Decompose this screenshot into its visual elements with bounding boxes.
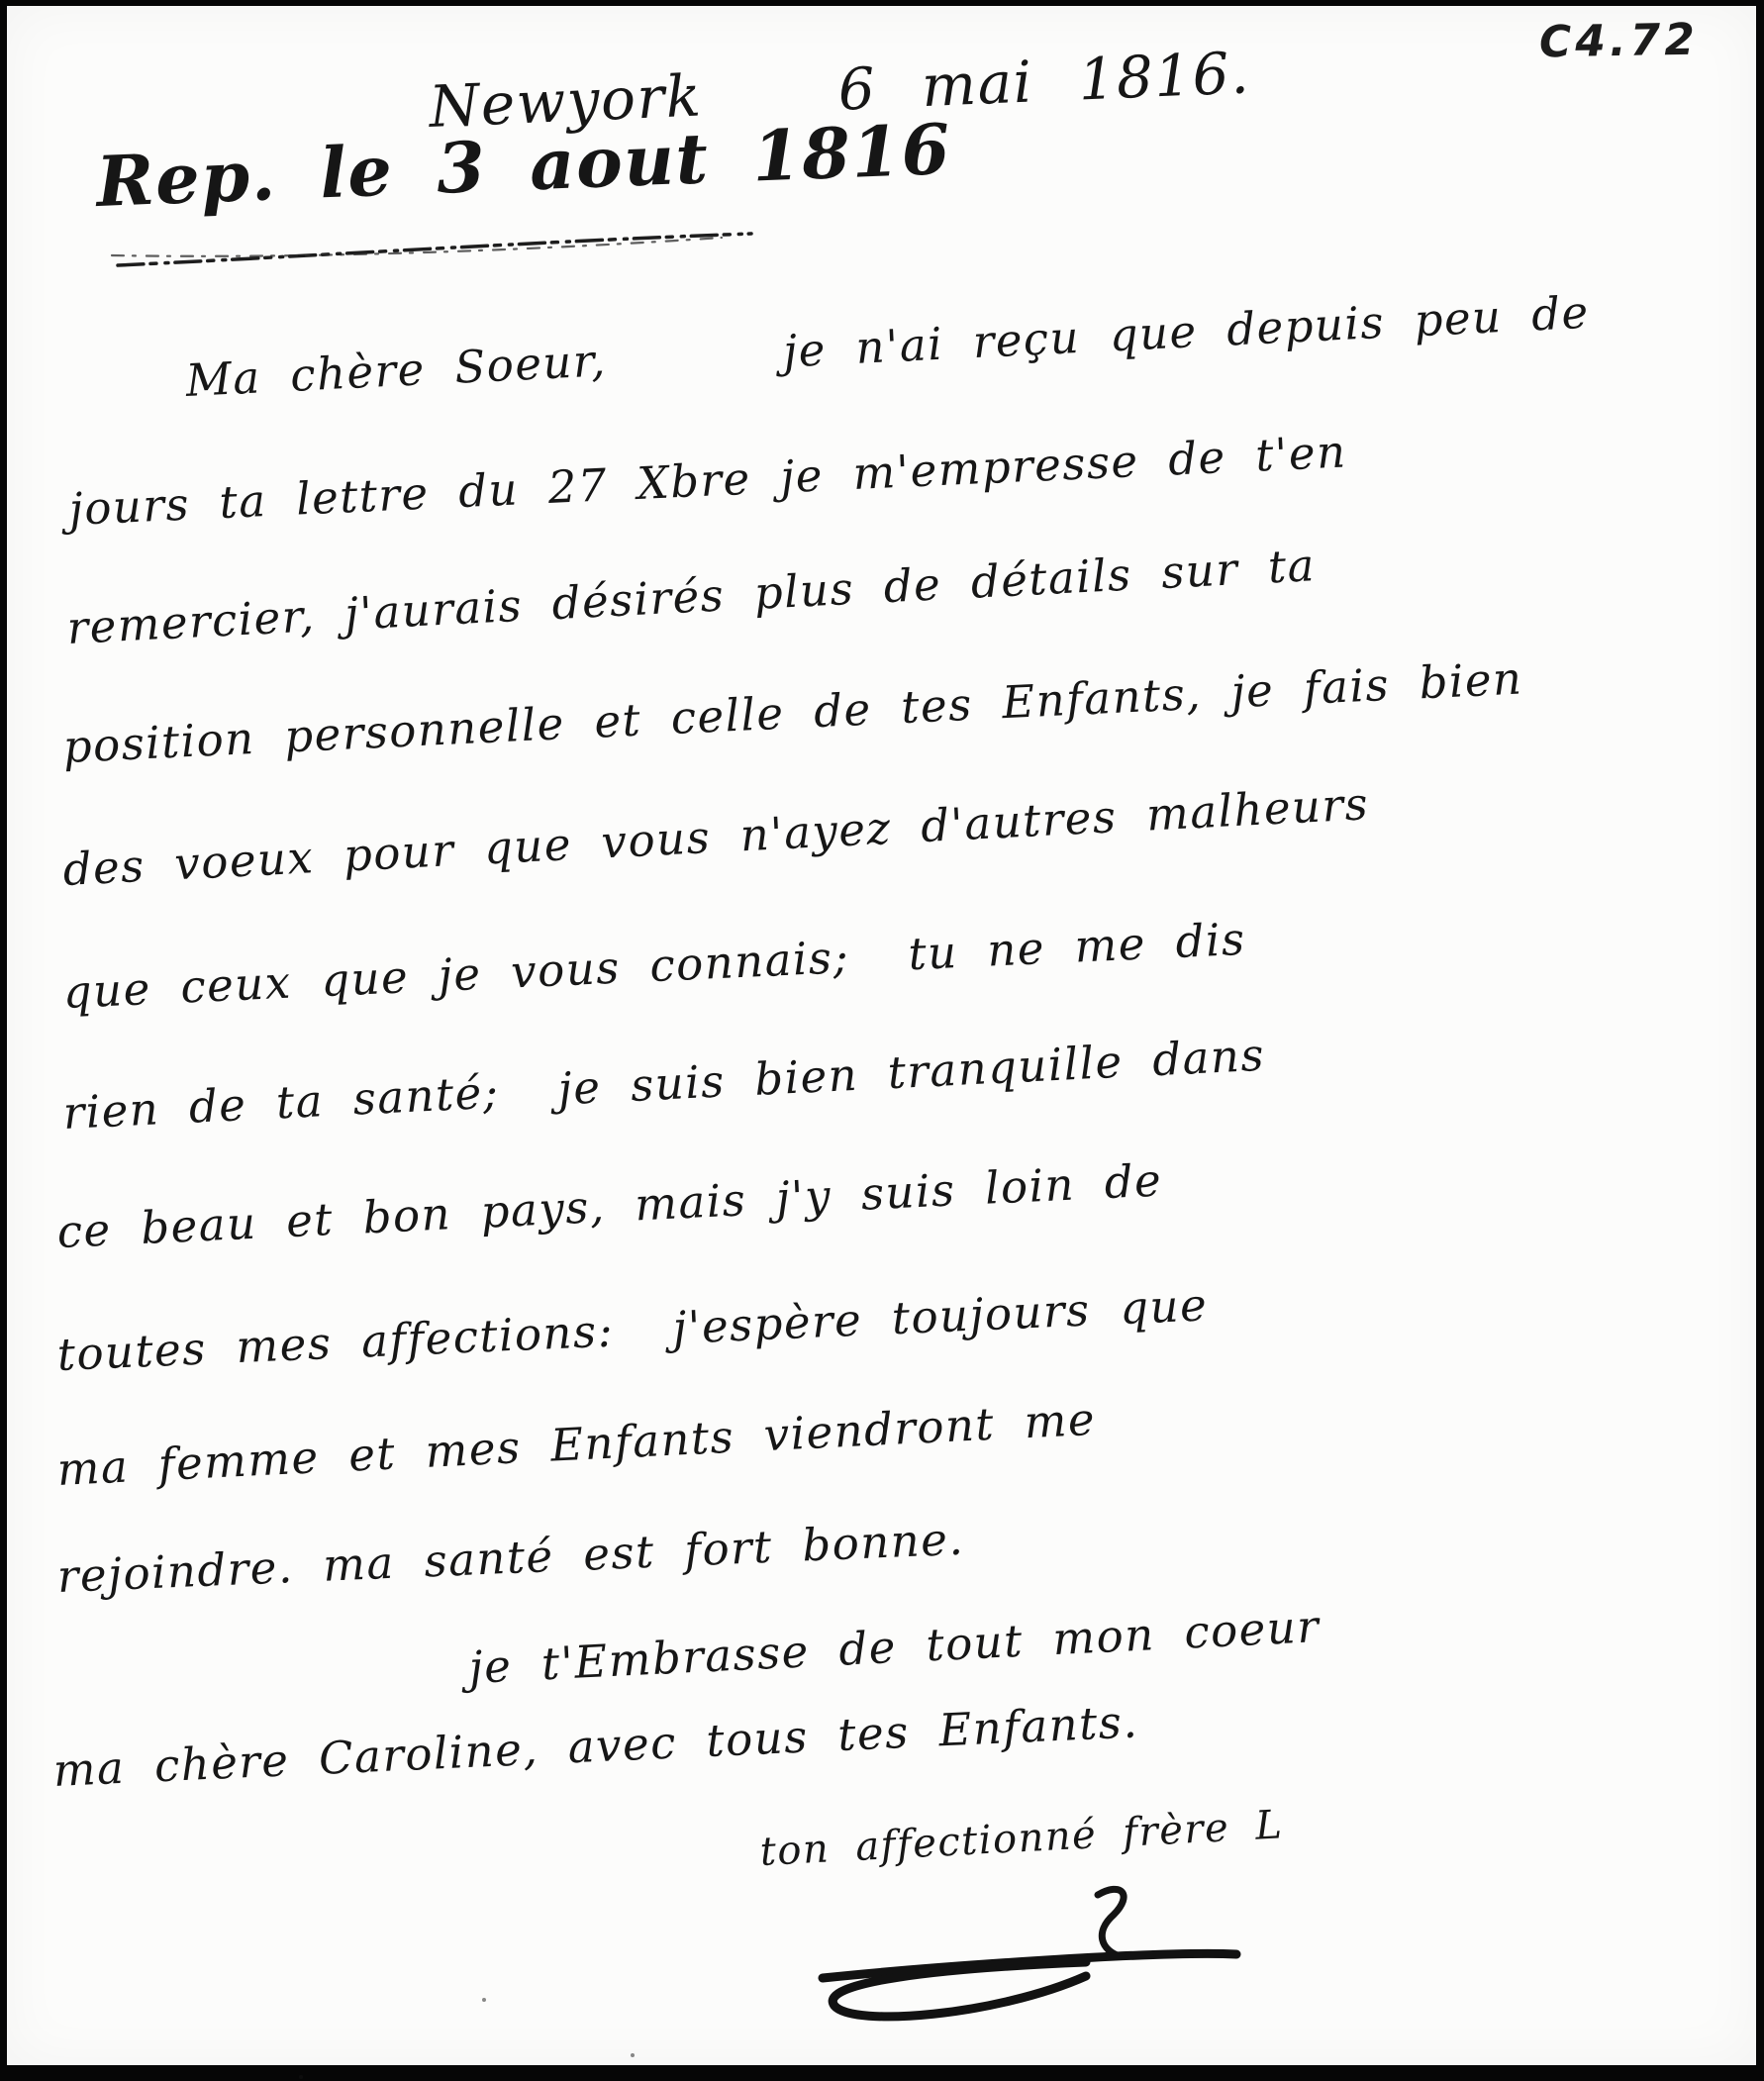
archive-mark: C4.72 xyxy=(1539,15,1700,68)
letter-paper: C4.72 Newyork 6 mai 1816. Rep. le 3 aout… xyxy=(7,6,1756,2065)
ink-speck xyxy=(299,2075,303,2079)
ink-speck xyxy=(482,1998,486,2002)
reply-annotation: Rep. le 3 aout 1816 xyxy=(95,108,952,223)
letter-line-12: je t'Embrasse de tout mon coeur xyxy=(467,1600,1321,1694)
ink-speck xyxy=(631,2053,635,2057)
signature-flourish xyxy=(789,1879,1254,2052)
letter-line-4: position personnelle et celle de tes Enf… xyxy=(62,652,1524,773)
letter-line-11: rejoindre. ma santé est fort bonne. xyxy=(56,1513,965,1603)
scanned-letter: C4.72 Newyork 6 mai 1816. Rep. le 3 aout… xyxy=(0,0,1764,2081)
letter-line-2: jours ta lettre du 27 Xbre je m'empresse… xyxy=(68,425,1348,536)
letter-line-8: ce beau et bon pays, mais j'y suis loin … xyxy=(56,1153,1164,1258)
letter-line-6: que ceux que je vous connais; tu ne me d… xyxy=(62,913,1247,1019)
letter-line-13: ma chère Caroline, avec tous tes Enfants… xyxy=(52,1695,1140,1797)
letter-line-1: Ma chère Soeur, je n'ai reçu que depuis … xyxy=(184,286,1590,407)
letter-line-5: des voeux pour que vous n'ayez d'autres … xyxy=(61,777,1370,896)
reply-underline-flourish xyxy=(110,228,763,278)
ink-speck xyxy=(1193,1954,1203,1957)
letter-line-10: ma femme et mes Enfants viendront me xyxy=(55,1393,1097,1496)
letter-line-7: rien de ta santé; je suis bien tranquill… xyxy=(61,1029,1266,1140)
closing-line: ton affectionné frère L xyxy=(759,1802,1285,1875)
letter-line-3: remercier, j'aurais désirés plus de déta… xyxy=(65,539,1317,654)
letter-line-9: toutes mes affections: j'espère toujours… xyxy=(56,1278,1210,1381)
